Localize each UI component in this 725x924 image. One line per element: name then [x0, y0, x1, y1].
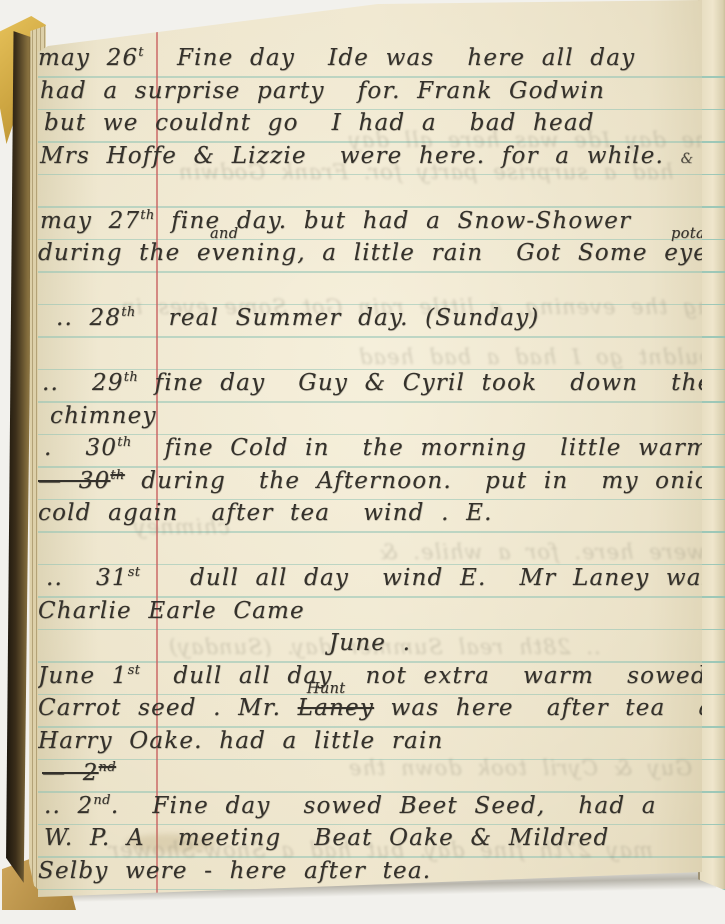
handwriting-segment: potatoeeyes: [664, 240, 702, 266]
scanned-diary-photo: had a surprise party for. Frank Godwinma…: [0, 0, 725, 924]
inserted-word: Hunt: [307, 681, 346, 697]
handwritten-line: W. P. A meeting Beat Oake & Mildred: [44, 825, 609, 858]
rule-line: [698, 531, 725, 533]
handwriting-segment: &: [681, 151, 695, 167]
handwriting-segment: cold again after tea wind . E.: [38, 500, 493, 526]
handwritten-line: but we couldnt go I had a bad head: [44, 110, 595, 143]
handwriting-segment: real Summer day. (Sunday): [136, 305, 540, 331]
handwriting-segment: June .: [329, 630, 411, 656]
handwritten-line: .. 2nd. Fine day sowed Beet Seed, had a: [44, 793, 657, 826]
handwritten-line: Charlie Earle Came: [38, 598, 305, 631]
handwriting-segment: was here after tea also: [374, 695, 702, 721]
handwriting-segment: W. P. A meeting Beat Oake & Mildred: [44, 825, 609, 851]
handwritten-line: may 26t Fine day Ide was here all day: [38, 45, 635, 78]
handwriting-segment: Fine day Ide was here all day: [144, 45, 635, 71]
diary-page: had a surprise party for. Frank Godwinma…: [38, 0, 702, 906]
rule-line: [698, 174, 725, 176]
handwritten-line: — 2nd: [42, 760, 116, 793]
handwriting-segment: dull all day not extra warm sowed: [140, 663, 702, 689]
handwriting-segment: during the: [38, 240, 197, 266]
rule-line: [698, 824, 725, 826]
handwriting-segment: — 30: [38, 468, 110, 494]
handwriting-segment: .. 31: [46, 565, 128, 591]
handwriting-layer: may 26t Fine day Ide was here all dayhad…: [38, 0, 702, 906]
rule-line: [698, 499, 725, 501]
handwriting-segment: — 2: [42, 760, 99, 786]
handwritten-line: June 1st dull all day not extra warm sow…: [38, 663, 702, 696]
handwriting-segment: Charlie Earle Came: [38, 598, 305, 624]
handwriting-segment: . 30: [44, 435, 117, 461]
handwritten-line: had a surprise party for. Frank Godwin: [40, 78, 605, 111]
rule-line: [698, 596, 725, 598]
rule-line: [698, 141, 725, 143]
adjacent-page-edge: [698, 0, 725, 914]
handwriting-segment: nd: [93, 793, 111, 808]
rule-line: [698, 759, 725, 761]
handwritten-line: cold again after tea wind . E.: [38, 500, 493, 533]
handwriting-segment: st: [128, 663, 141, 678]
handwriting-segment: .. 2: [44, 793, 93, 819]
handwritten-line: .. 29th fine day Guy & Cyril took down t…: [42, 370, 702, 403]
handwritten-line: .. 31st dull all day wind E. Mr Laney wa…: [46, 565, 702, 598]
rule-line: [698, 304, 725, 306]
handwriting-segment: had a surprise party for. Frank Godwin: [40, 78, 605, 104]
rule-line: [698, 206, 725, 208]
inserted-word: potatoe: [671, 226, 702, 242]
rule-line: [698, 694, 725, 696]
handwriting-segment: fine day Guy & Cyril took down the: [138, 370, 702, 396]
rule-line: [698, 76, 725, 78]
handwriting-segment: Carrot seed . Mr.: [38, 695, 298, 721]
rule-line: [698, 466, 725, 468]
rule-line: [698, 564, 725, 566]
handwriting-segment: fine Cold in the morning little warmer: [132, 435, 702, 461]
rule-line: [698, 661, 725, 663]
handwriting-segment: th: [117, 435, 131, 450]
rule-line: [698, 336, 725, 338]
handwriting-segment: may 26: [38, 45, 138, 71]
handwriting-segment: Mrs Hoffe & Lizzie were here. for a whil…: [40, 143, 681, 169]
handwritten-line: Harry Oake. had a little rain: [38, 728, 444, 761]
rule-line: [698, 791, 725, 793]
handwriting-segment: may 27: [40, 208, 140, 234]
handwriting-segment: .. 28: [56, 305, 121, 331]
handwriting-segment: Harry Oake. had a little rain: [38, 728, 444, 754]
handwriting-segment: HuntLaney: [298, 695, 374, 721]
handwriting-segment: th: [110, 468, 124, 483]
handwriting-segment: during the Afternoon. put in my onion's: [125, 468, 702, 494]
rule-line: [698, 239, 725, 241]
handwriting-segment: th: [140, 208, 154, 223]
handwritten-line: . 30th fine Cold in the morning little w…: [44, 435, 702, 468]
handwriting-segment: dull all day wind E. Mr Laney was here: [140, 565, 702, 591]
handwriting-segment: th: [121, 305, 135, 320]
rule-line: [698, 629, 725, 631]
handwriting-segment: th: [124, 370, 138, 385]
handwriting-segment: . Fine day sowed Beet Seed, had a: [111, 793, 657, 819]
handwriting-segment: a little rain Got Some: [306, 240, 664, 266]
handwriting-segment: andevening,: [197, 240, 306, 266]
handwritten-line: June .: [38, 630, 702, 663]
handwriting-segment: June 1: [38, 663, 128, 689]
handwritten-line: during the andevening, a little rain Got…: [38, 240, 702, 273]
handwritten-line: .. 28th real Summer day. (Sunday): [56, 305, 539, 338]
handwritten-line: may 27th fine day. but had a Snow-Shower: [40, 208, 631, 241]
rule-line: [698, 856, 725, 858]
handwritten-line: chimney: [50, 403, 157, 436]
handwriting-segment: st: [128, 565, 141, 580]
rule-line: [698, 434, 725, 436]
rule-line: [698, 109, 725, 111]
handwritten-line: Mrs Hoffe & Lizzie were here. for a whil…: [40, 143, 694, 176]
handwriting-segment: but we couldnt go I had a bad head: [44, 110, 595, 136]
rule-line: [698, 369, 725, 371]
rule-line: [698, 726, 725, 728]
inserted-word: and: [210, 226, 238, 242]
rule-line: [698, 401, 725, 403]
handwriting-segment: chimney: [50, 403, 157, 429]
handwriting-segment: Selby were - here after tea.: [38, 858, 431, 884]
rule-line: [698, 271, 725, 273]
handwritten-line: — 30th during the Afternoon. put in my o…: [38, 468, 702, 501]
handwriting-segment: .. 29: [42, 370, 124, 396]
handwriting-segment: nd: [99, 760, 117, 775]
handwritten-line: Carrot seed . Mr. HuntLaney was here aft…: [38, 695, 702, 728]
